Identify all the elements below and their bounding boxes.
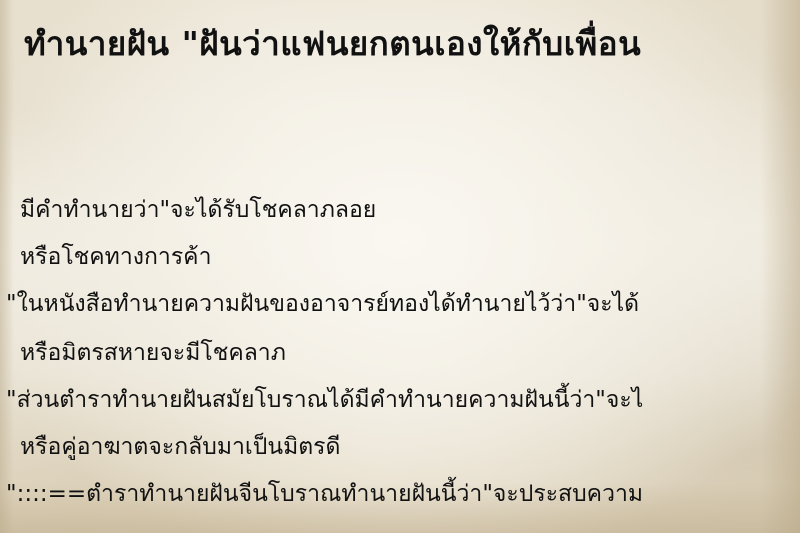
prediction-line-2: หรือโชคทางการค้า [20, 240, 211, 274]
prediction-line-3: "ในหนังสือทำนายความฝันของอาจารย์ทองได้ทำ… [6, 287, 639, 321]
prediction-line-6: หรือคู่อาฆาตจะกลับมาเป็นมิตรดี [20, 430, 340, 464]
prediction-line-7: "::::==ตำราทำนายฝันจีนโบราณทำนายฝันนี้ว่… [6, 477, 643, 511]
page-title: ทำนายฝัน "ฝันว่าแฟนยกตนเองให้กับเพื่อน [24, 20, 641, 68]
paper-edge-right [760, 0, 800, 533]
paper-edge-left [0, 0, 14, 533]
prediction-line-1: มีคำทำนายว่า"จะได้รับโชคลาภลอย [20, 193, 376, 227]
prediction-line-5: "ส่วนตำราทำนายฝันสมัยโบราณได้มีคำทำนายคว… [6, 383, 643, 417]
prediction-line-4: หรือมิตรสหายจะมีโชคลาภ [20, 336, 286, 370]
